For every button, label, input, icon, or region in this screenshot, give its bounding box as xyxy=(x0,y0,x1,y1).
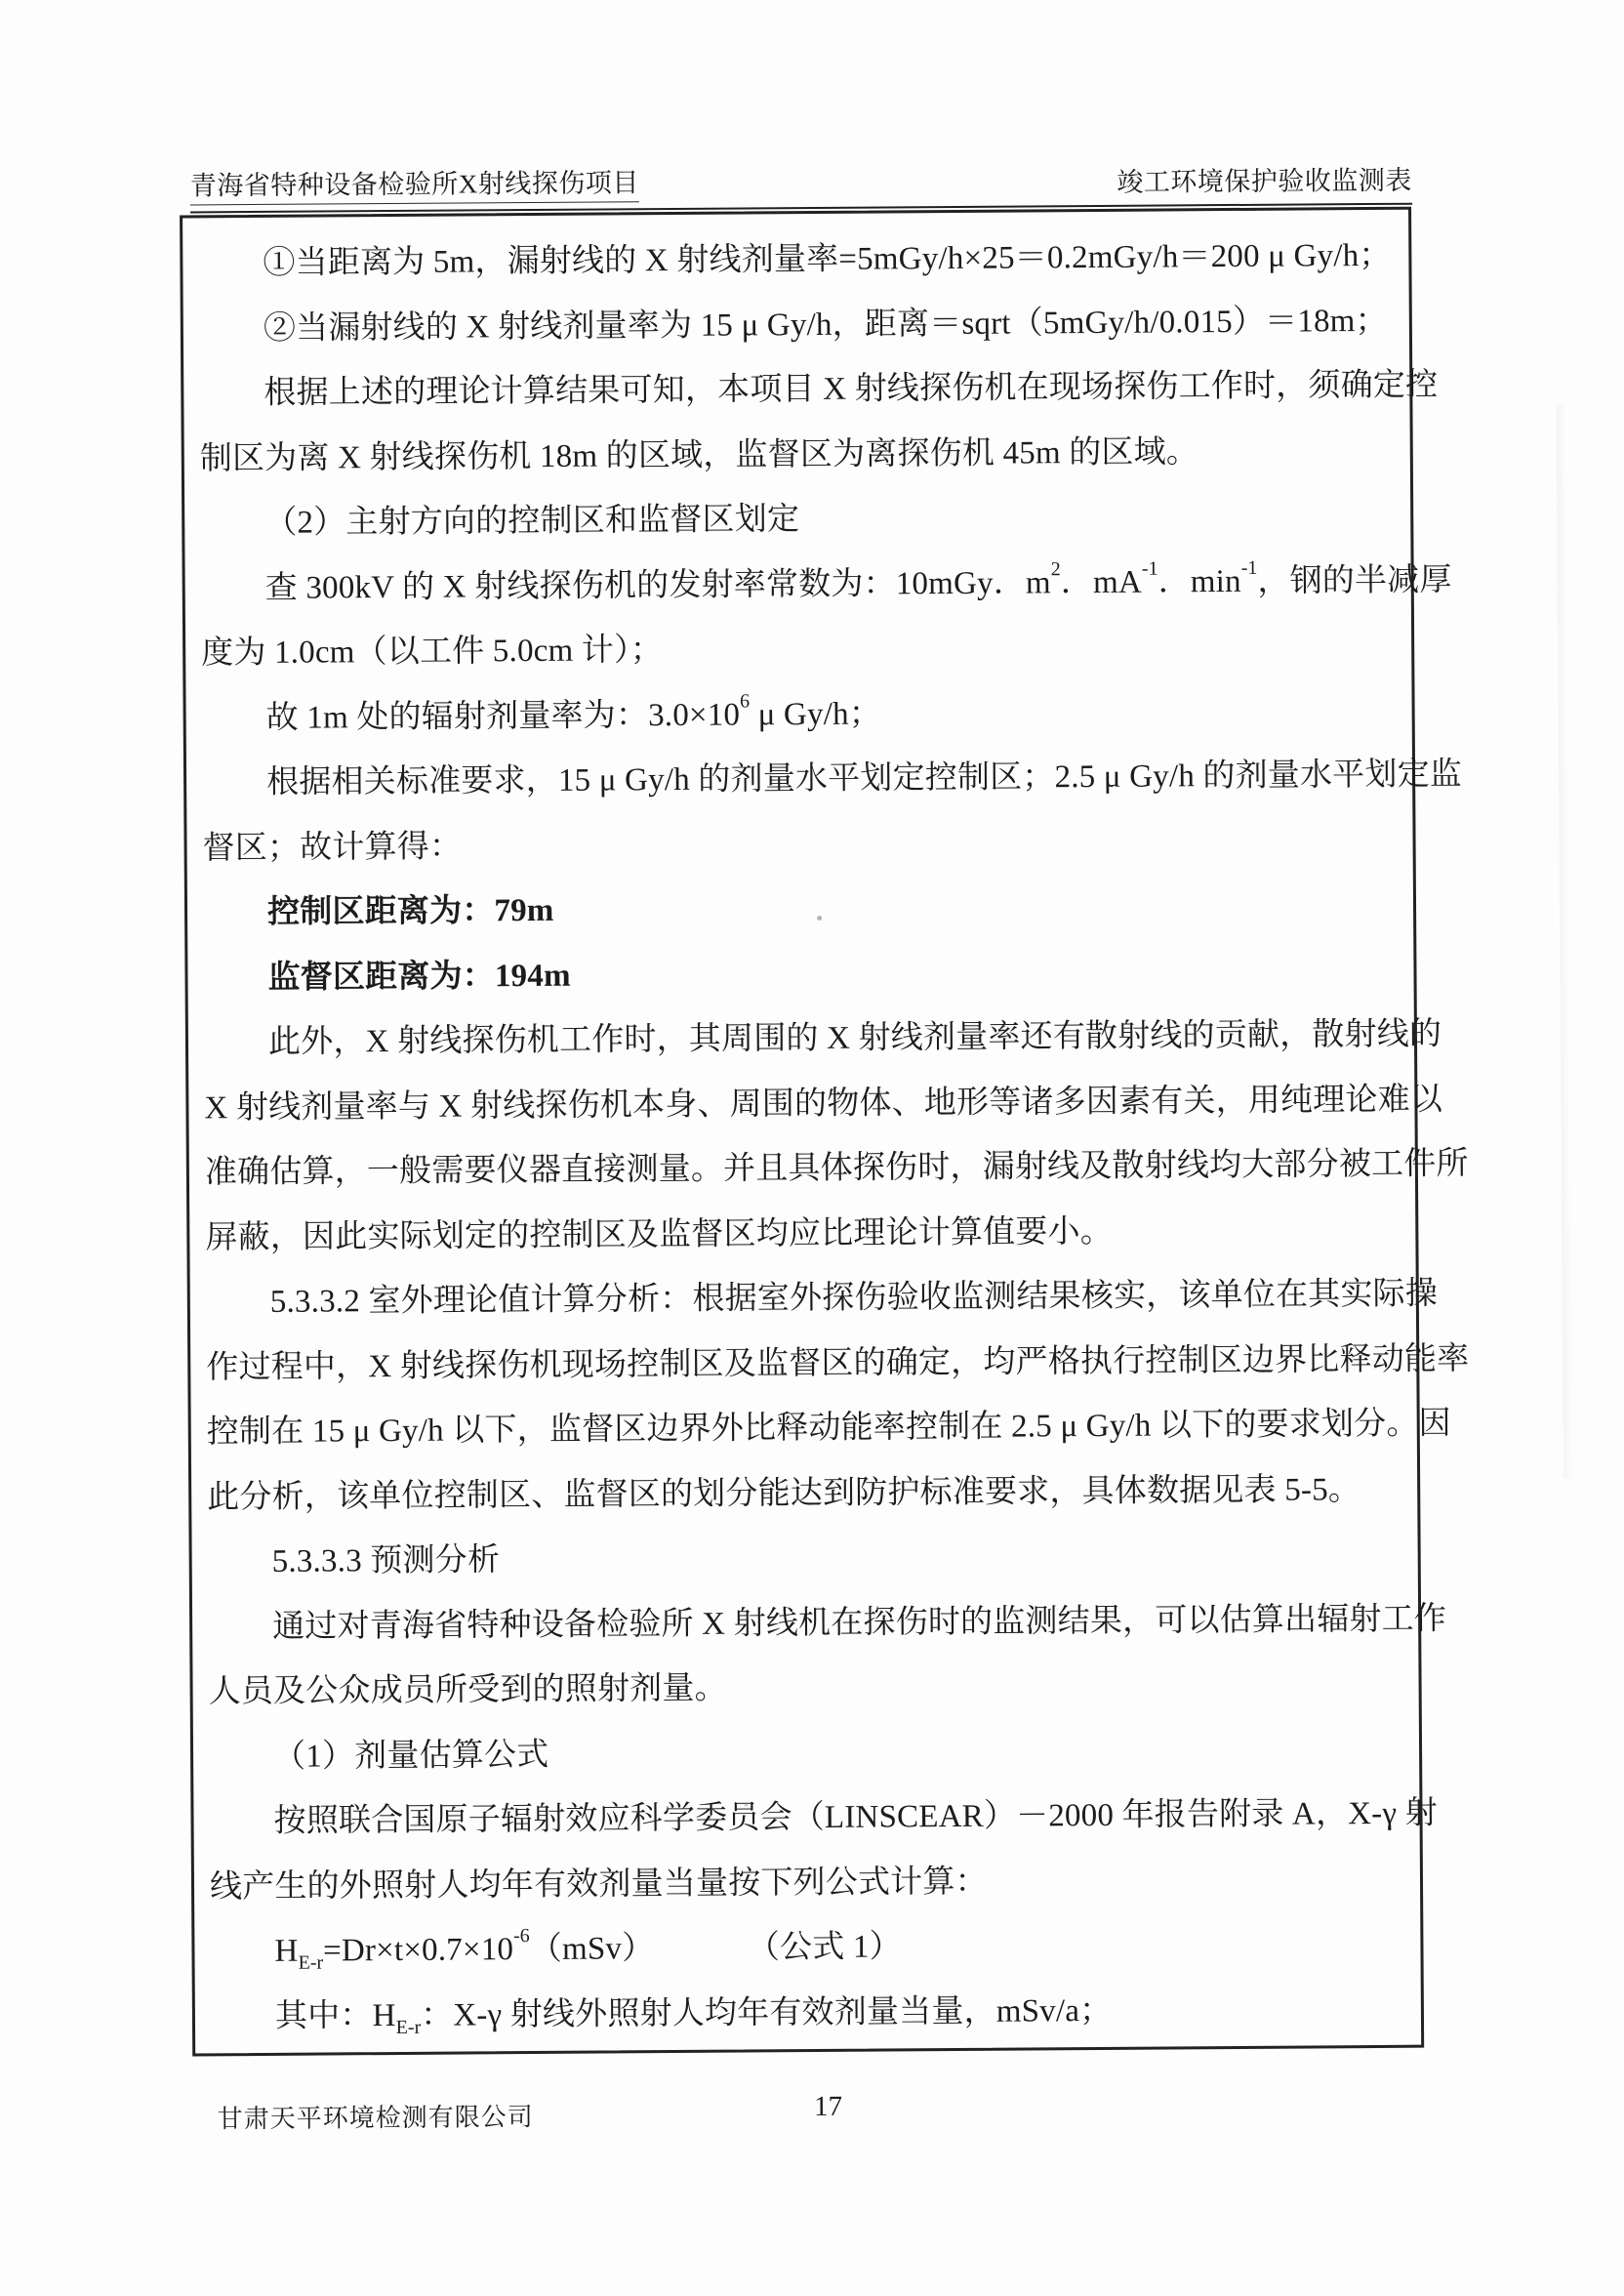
scan-skew-wrapper: 青海省特种设备检验所X射线探伤项目 竣工环境保护验收监测表 ①当距离为 5m，漏… xyxy=(0,0,1624,2296)
text-line-23: 人员及公众成员所受到的照射剂量。 xyxy=(208,1652,1408,1725)
text-line-02: ②当漏射线的 X 射线剂量率为 15 μ Gy/h，距离＝sqrt（5mGy/h… xyxy=(199,288,1400,361)
text-line-25: 按照联合国原子辐射效应科学委员会（LINSCEAR）－2000 年报告附录 A，… xyxy=(209,1782,1409,1855)
page-header: 青海省特种设备检验所X射线探伤项目 竣工环境保护验收监测表 xyxy=(190,154,1412,214)
text-line-18: 作过程中，X 射线探伤机现场控制区及监督区的确定，均严格执行控制区边界比释动能率 xyxy=(206,1327,1406,1400)
superscript: -1 xyxy=(1142,557,1158,579)
superscript: -1 xyxy=(1241,556,1258,578)
text-line-03: 根据上述的理论计算结果可知，本项目 X 射线探伤机在现场探伤工作时，须确定控 xyxy=(199,353,1400,427)
text-line-01: ①当距离为 5m，漏射线的 X 射线剂量率=5mGy/h×25＝0.2mGy/h… xyxy=(198,224,1399,297)
text-line-11-control-area-distance: 控制区距离为：79m xyxy=(203,873,1403,946)
text-segment: （mSv） xyxy=(530,1931,655,1967)
text-line-22: 通过对青海省特种设备检验所 X 射线机在探伤时的监测结果，可以估算出辐射工作 xyxy=(208,1586,1408,1660)
content-box: ①当距离为 5m，漏射线的 X 射线剂量率=5mGy/h×25＝0.2mGy/h… xyxy=(180,207,1424,2057)
document-page: 青海省特种设备检验所X射线探伤项目 竣工环境保护验收监测表 ①当距离为 5m，漏… xyxy=(0,0,1624,2296)
header-doc-title: 竣工环境保护验收监测表 xyxy=(1116,159,1412,199)
text-segment: 查 300kV 的 X 射线探伤机的发射率常数为：10mGy．m xyxy=(265,565,1051,606)
text-segment: =Dr×t×0.7×10 xyxy=(323,1932,513,1968)
text-line-26: 线产生的外照射人均年有效剂量当量按下列公式计算： xyxy=(210,1846,1410,1919)
text-line-09: 根据相关标准要求，15 μ Gy/h 的剂量水平划定控制区；2.5 μ Gy/h… xyxy=(202,743,1402,816)
formula-label: （公式 1） xyxy=(763,1929,902,1965)
subscript: E-r xyxy=(299,1952,324,1974)
text-line-20: 此分析，该单位控制区、监督区的划分能达到防护标准要求，具体数据见表 5-5。 xyxy=(207,1456,1407,1530)
text-segment: 故 1m 处的辐射剂量率为：3.0×10 xyxy=(266,697,741,735)
text-line-19: 控制在 15 μ Gy/h 以下，监督区边界外比释动能率控制在 2.5 μ Gy… xyxy=(207,1392,1407,1465)
text-line-13: 此外，X 射线探伤机工作时，其周围的 X 射线剂量率还有散射线的贡献，散射线的 xyxy=(204,1003,1404,1076)
header-project-title: 青海省特种设备检验所X射线探伤项目 xyxy=(190,161,639,205)
superscript: 6 xyxy=(740,690,750,712)
formula-line: HE-r=Dr×t×0.7×10-6（mSv）（公式 1） xyxy=(210,1911,1410,1985)
text-line-10: 督区；故计算得： xyxy=(202,807,1402,881)
text-line-17-section-5332: 5.3.3.2 室外理论值计算分析：根据室外探伤验收监测结果核实，该单位在其实际… xyxy=(206,1262,1406,1335)
text-line-14: X 射线剂量率与 X 射线探伤机本身、周围的物体、地形等诸多因素有关，用纯理论难… xyxy=(204,1067,1404,1140)
text-segment: ：X-γ 射线外照射人均年有效剂量当量，mSv/a； xyxy=(421,1992,1112,2032)
text-line-15: 准确估算，一般需要仪器直接测量。并且具体探伤时，漏射线及散射线均大部分被工件所 xyxy=(205,1132,1405,1206)
text-line-24: （1）剂量估算公式 xyxy=(209,1716,1409,1789)
text-line-05: （2）主射方向的控制区和监督区划定 xyxy=(200,483,1401,556)
text-segment: H xyxy=(274,1934,298,1969)
text-line-16: 屏蔽，因此实际划定的控制区及监督区均应比理论计算值要小。 xyxy=(205,1197,1405,1270)
text-line-12-supervision-area-distance: 监督区距离为：194m xyxy=(203,937,1403,1010)
text-segment: μ Gy/h； xyxy=(750,696,881,732)
text-line-07: 度为 1.0cm（以工件 5.0cm 计）； xyxy=(201,613,1401,686)
footer-company: 甘肃天平环境检测有限公司 xyxy=(218,2097,534,2135)
text-segment: ．min xyxy=(1158,563,1241,599)
text-segment: ．mA xyxy=(1061,564,1142,600)
text-line-21-section-5333: 5.3.3.3 预测分析 xyxy=(207,1522,1407,1595)
superscript: -6 xyxy=(513,1925,530,1947)
text-line-04: 制区为离 X 射线探伤机 18m 的区域，监督区为离探伤机 45m 的区域。 xyxy=(200,418,1401,491)
text-segment: 其中：H xyxy=(275,1998,396,2034)
page-number: 17 xyxy=(798,2091,857,2123)
scan-artifact-streak xyxy=(1556,405,1573,1479)
text-line-06: 查 300kV 的 X 射线探伤机的发射率常数为：10mGy．m2．mA-1．m… xyxy=(201,548,1401,621)
text-segment: ，钢的半减厚 xyxy=(1257,562,1451,598)
superscript: 2 xyxy=(1051,558,1061,580)
scan-artifact-dot xyxy=(744,1802,748,1806)
subscript: E-r xyxy=(396,2016,422,2037)
text-line-08: 故 1m 处的辐射剂量率为：3.0×106 μ Gy/h； xyxy=(201,677,1401,751)
formula-definition-line: 其中：HE-r：X-γ 射线外照射人均年有效剂量当量，mSv/a； xyxy=(211,1976,1411,2049)
scan-artifact-dot xyxy=(817,916,822,921)
